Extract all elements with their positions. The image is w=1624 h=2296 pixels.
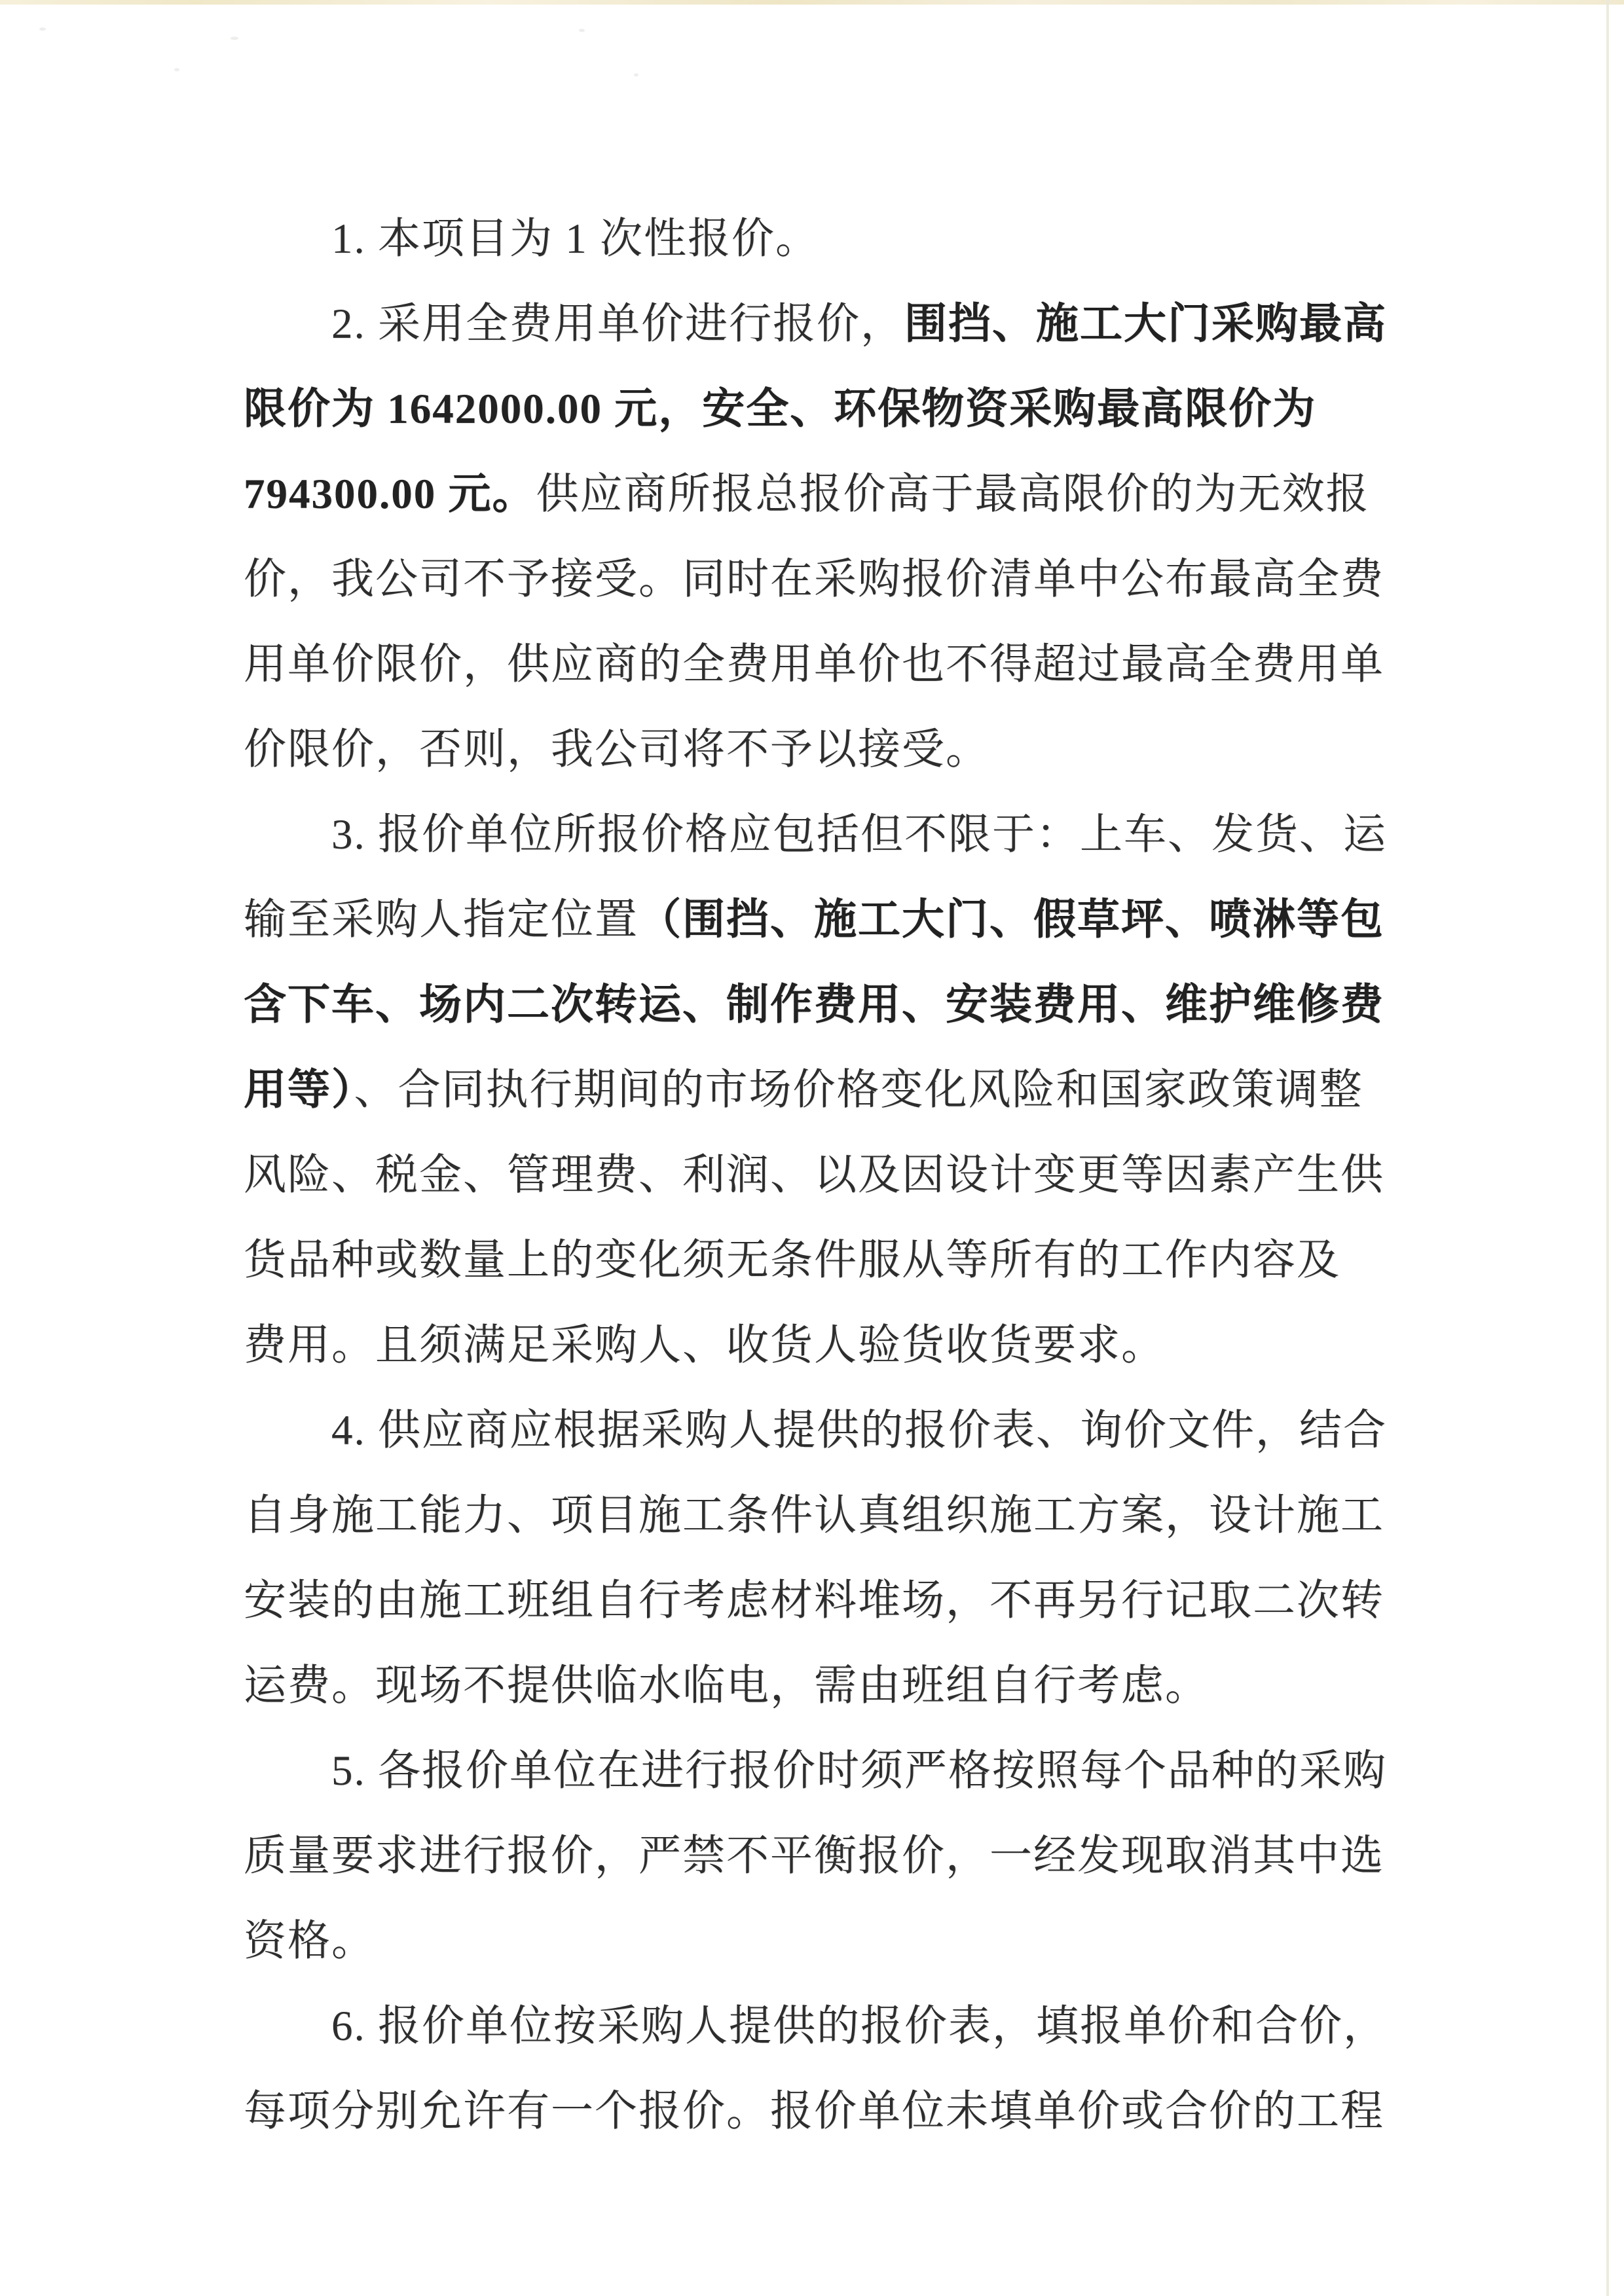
text-run: 3. 报价单位所报价格应包括但不限于：上车、发货、运 — [331, 811, 1387, 858]
text-line-21: 资格。 — [244, 1899, 1396, 1984]
text-run: 用单价限价，供应商的全费用单价也不得超过最高全费用单 — [244, 641, 1384, 688]
text-run: 6. 报价单位按采购人提供的报价表，填报单价和合价， — [331, 2003, 1387, 2050]
text-line-11: 用等）、合同执行期间的市场价格变化风险和国家政策调整 — [244, 1048, 1396, 1133]
text-run: 2. 采用全费用单价进行报价， — [331, 301, 904, 348]
text-run: 质量要求进行报价，严禁不平衡报价，一经发现取消其中选 — [244, 1832, 1384, 1880]
text-run: 价，我公司不予接受。同时在采购报价清单中公布最高全费 — [244, 556, 1384, 603]
text-run: （围挡、施工大门、假草坪、喷淋等包 — [638, 896, 1384, 943]
text-run: 4. 供应商应根据采购人提供的报价表、询价文件，结合 — [331, 1407, 1387, 1454]
scan-speck — [634, 73, 638, 77]
text-run: 供应商所报总报价高于最高限价的为无效报 — [536, 471, 1370, 518]
text-run: 794300.00 元。 — [244, 471, 536, 518]
scan-speck — [579, 29, 585, 32]
text-line-15: 4. 供应商应根据采购人提供的报价表、询价文件，结合 — [244, 1388, 1396, 1473]
scanned-page: 1. 本项目为 1 次性报价。2. 采用全费用单价进行报价，围挡、施工大门采购最… — [0, 0, 1624, 2296]
text-run: 货品种或数量上的变化须无条件服从等所有的工作内容及 — [244, 1237, 1340, 1284]
text-run: 自身施工能力、项目施工条件认真组织施工方案，设计施工 — [244, 1492, 1384, 1539]
text-run: 价限价，否则，我公司将不予以接受。 — [244, 726, 989, 773]
text-line-6: 用单价限价，供应商的全费用单价也不得超过最高全费用单 — [244, 622, 1396, 707]
text-run: 安装的由施工班组自行考虑材料堆场，不再另行记取二次转 — [244, 1577, 1384, 1624]
text-line-7: 价限价，否则，我公司将不予以接受。 — [244, 707, 1396, 792]
text-line-23: 每项分别允许有一个报价。报价单位未填单价或合价的工程 — [244, 2069, 1396, 2154]
text-line-18: 运费。现场不提供临水临电，需由班组自行考虑。 — [244, 1643, 1396, 1728]
text-run: 限价为 1642000.00 元，安全、环保物资采购最高限价为 — [244, 386, 1316, 433]
text-run: 风险、税金、管理费、利润、以及因设计变更等因素产生供 — [244, 1152, 1384, 1199]
text-line-22: 6. 报价单位按采购人提供的报价表，填报单价和合价， — [244, 1984, 1396, 2069]
text-line-8: 3. 报价单位所报价格应包括但不限于：上车、发货、运 — [244, 792, 1396, 877]
text-run: 每项分别允许有一个报价。报价单位未填单价或合价的工程 — [244, 2088, 1384, 2135]
scan-speck — [231, 37, 238, 40]
text-run: 用等） — [244, 1066, 354, 1114]
text-line-16: 自身施工能力、项目施工条件认真组织施工方案，设计施工 — [244, 1473, 1396, 1558]
text-line-2: 2. 采用全费用单价进行报价，围挡、施工大门采购最高 — [244, 282, 1396, 367]
text-run: 5. 各报价单位在进行报价时须严格按照每个品种的采购 — [331, 1747, 1387, 1795]
text-line-13: 货品种或数量上的变化须无条件服从等所有的工作内容及 — [244, 1218, 1396, 1303]
text-line-1: 1. 本项目为 1 次性报价。 — [244, 196, 1396, 282]
text-line-17: 安装的由施工班组自行考虑材料堆场，不再另行记取二次转 — [244, 1558, 1396, 1643]
text-line-19: 5. 各报价单位在进行报价时须严格按照每个品种的采购 — [244, 1728, 1396, 1813]
text-run: 含下车、场内二次转运、制作费用、安装费用、维护维修费 — [244, 981, 1384, 1029]
text-line-3: 限价为 1642000.00 元，安全、环保物资采购最高限价为 — [244, 367, 1396, 452]
text-run: 费用。且须满足采购人、收货人验货收货要求。 — [244, 1322, 1165, 1369]
text-line-20: 质量要求进行报价，严禁不平衡报价，一经发现取消其中选 — [244, 1813, 1396, 1899]
text-run: 1. 本项目为 1 次性报价。 — [331, 215, 819, 263]
text-line-14: 费用。且须满足采购人、收货人验货收货要求。 — [244, 1303, 1396, 1388]
text-run: 输至采购人指定位置 — [244, 896, 638, 943]
text-line-9: 输至采购人指定位置（围挡、施工大门、假草坪、喷淋等包 — [244, 877, 1396, 962]
scan-edge-artifact-top — [0, 0, 1624, 5]
scan-speck — [174, 68, 179, 71]
text-run: 围挡、施工大门采购最高 — [904, 301, 1387, 348]
text-line-5: 价，我公司不予接受。同时在采购报价清单中公布最高全费 — [244, 537, 1396, 622]
text-line-10: 含下车、场内二次转运、制作费用、安装费用、维护维修费 — [244, 962, 1396, 1048]
text-run: 资格。 — [244, 1918, 375, 1965]
text-line-4: 794300.00 元。供应商所报总报价高于最高限价的为无效报 — [244, 452, 1396, 537]
document-text-block: 1. 本项目为 1 次性报价。2. 采用全费用单价进行报价，围挡、施工大门采购最… — [244, 196, 1396, 2154]
text-run: 、合同执行期间的市场价格变化风险和国家政策调整 — [354, 1066, 1363, 1114]
scan-speck — [39, 27, 46, 31]
text-line-12: 风险、税金、管理费、利润、以及因设计变更等因素产生供 — [244, 1133, 1396, 1218]
text-run: 运费。现场不提供临水临电，需由班组自行考虑。 — [244, 1662, 1209, 1709]
scan-edge-artifact-right — [1606, 0, 1609, 2296]
